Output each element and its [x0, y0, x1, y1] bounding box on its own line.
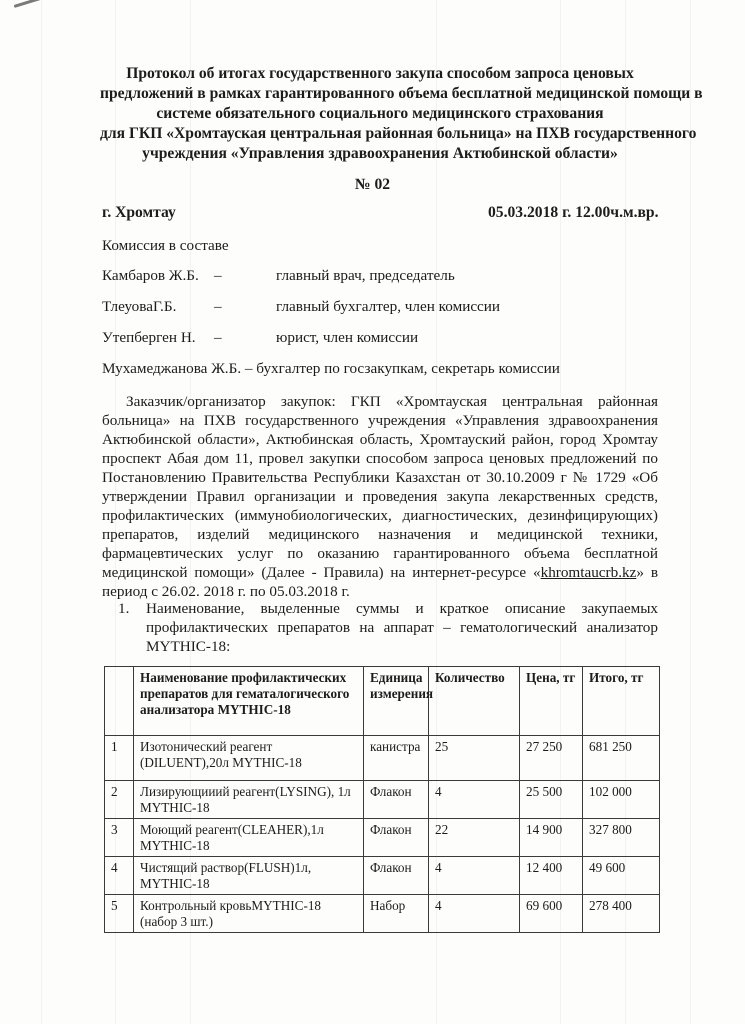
cell-unit: Набор — [364, 895, 429, 933]
staple-mark — [14, 0, 55, 8]
table-row: 4 Чистящий раствор(FLUSH)1л, MYTHIC-18 Ф… — [105, 857, 660, 895]
title-line: для ГКП «Хромтауская центральная районна… — [100, 124, 660, 144]
table-row: 3 Моющий реагент(CLEAHER),1л MYTHIC-18 Ф… — [105, 819, 660, 857]
cell-quantity: 22 — [429, 819, 520, 857]
member-name: ТлеуоваГ.Б. — [102, 298, 176, 316]
cell-name: Контрольный кровьMYTHIC-18 (набор 3 шт.) — [134, 895, 364, 933]
cell-total: 278 400 — [583, 895, 660, 933]
table-row: 1 Изотонический реагент (DILUENT),20л MY… — [105, 736, 660, 781]
cell-unit: канистра — [364, 736, 429, 781]
title-line: предложений в рамках гарантированного об… — [100, 84, 660, 104]
cell-unit: Флакон — [364, 857, 429, 895]
scan-speck — [106, 592, 108, 594]
cell-price: 69 600 — [520, 895, 583, 933]
document-number: № 02 — [0, 176, 745, 194]
cell-number: 3 — [105, 819, 134, 857]
scan-artifact — [690, 0, 691, 1024]
paragraph-text: Заказчик/организатор закупок: ГКП «Хромт… — [102, 393, 658, 581]
member-dash: – — [214, 329, 222, 347]
member-role: главный бухгалтер, член комиссии — [276, 298, 500, 316]
cell-quantity: 4 — [429, 781, 520, 819]
member-role: юрист, член комиссии — [276, 329, 418, 347]
cell-price: 12 400 — [520, 857, 583, 895]
scan-artifact — [41, 0, 42, 1024]
cell-total: 681 250 — [583, 736, 660, 781]
table-header-row: Наименование профилактических препаратов… — [105, 667, 660, 736]
cell-name: Изотонический реагент (DILUENT),20л MYTH… — [134, 736, 364, 781]
member-name: Камбаров Ж.Б. — [102, 267, 199, 285]
list-number: 1. — [118, 599, 129, 618]
member-name: Утепберген Н. — [102, 329, 196, 347]
cell-total: 49 600 — [583, 857, 660, 895]
body-paragraph: Заказчик/организатор закупок: ГКП «Хромт… — [102, 392, 658, 601]
cell-number: 2 — [105, 781, 134, 819]
header-total: Итого, тг — [583, 667, 660, 736]
cell-total: 102 000 — [583, 781, 660, 819]
document-datetime: 05.03.2018 г. 12.00ч.м.вр. — [488, 204, 658, 222]
cell-price: 25 500 — [520, 781, 583, 819]
cell-price: 27 250 — [520, 736, 583, 781]
commission-secretary: Мухамеджанова Ж.Б. – бухгалтер по госзак… — [102, 360, 560, 378]
cell-name: Моющий реагент(CLEAHER),1л MYTHIC-18 — [134, 819, 364, 857]
title-line: системе обязательного социального медици… — [100, 104, 660, 124]
cell-price: 14 900 — [520, 819, 583, 857]
numbered-list-item: 1. Наименование, выделенные суммы и крат… — [118, 599, 658, 656]
cell-number: 5 — [105, 895, 134, 933]
goods-table: Наименование профилактических препаратов… — [104, 666, 660, 933]
cell-name: Чистящий раствор(FLUSH)1л, MYTHIC-18 — [134, 857, 364, 895]
table-row: 2 Лизирующииий реагент(LYSING), 1л MYTHI… — [105, 781, 660, 819]
cell-quantity: 4 — [429, 895, 520, 933]
cell-total: 327 800 — [583, 819, 660, 857]
member-role: главный врач, председатель — [276, 267, 455, 285]
header-price: Цена, тг — [520, 667, 583, 736]
title-line: учреждения «Управления здравоохранения А… — [100, 144, 660, 164]
cell-number: 4 — [105, 857, 134, 895]
header-name: Наименование профилактических препаратов… — [134, 667, 364, 736]
table-row: 5 Контрольный кровьMYTHIC-18 (набор 3 шт… — [105, 895, 660, 933]
cell-unit: Флакон — [364, 781, 429, 819]
cell-unit: Флакон — [364, 819, 429, 857]
header-number — [105, 667, 134, 736]
commission-heading: Комиссия в составе — [102, 237, 229, 255]
member-dash: – — [214, 298, 222, 316]
title-line: Протокол об итогах государственного заку… — [100, 64, 660, 84]
member-dash: – — [214, 267, 222, 285]
document-city: г. Хромтау — [102, 204, 176, 222]
cell-number: 1 — [105, 736, 134, 781]
cell-quantity: 4 — [429, 857, 520, 895]
list-text: Наименование, выделенные суммы и краткое… — [146, 599, 658, 656]
document-title: Протокол об итогах государственного заку… — [100, 64, 660, 164]
cell-name: Лизирующииий реагент(LYSING), 1л MYTHIC-… — [134, 781, 364, 819]
header-quantity: Количество — [429, 667, 520, 736]
cell-quantity: 25 — [429, 736, 520, 781]
header-unit: Единица измерения — [364, 667, 429, 736]
website-link[interactable]: khromtaucrb.kz — [541, 564, 637, 581]
